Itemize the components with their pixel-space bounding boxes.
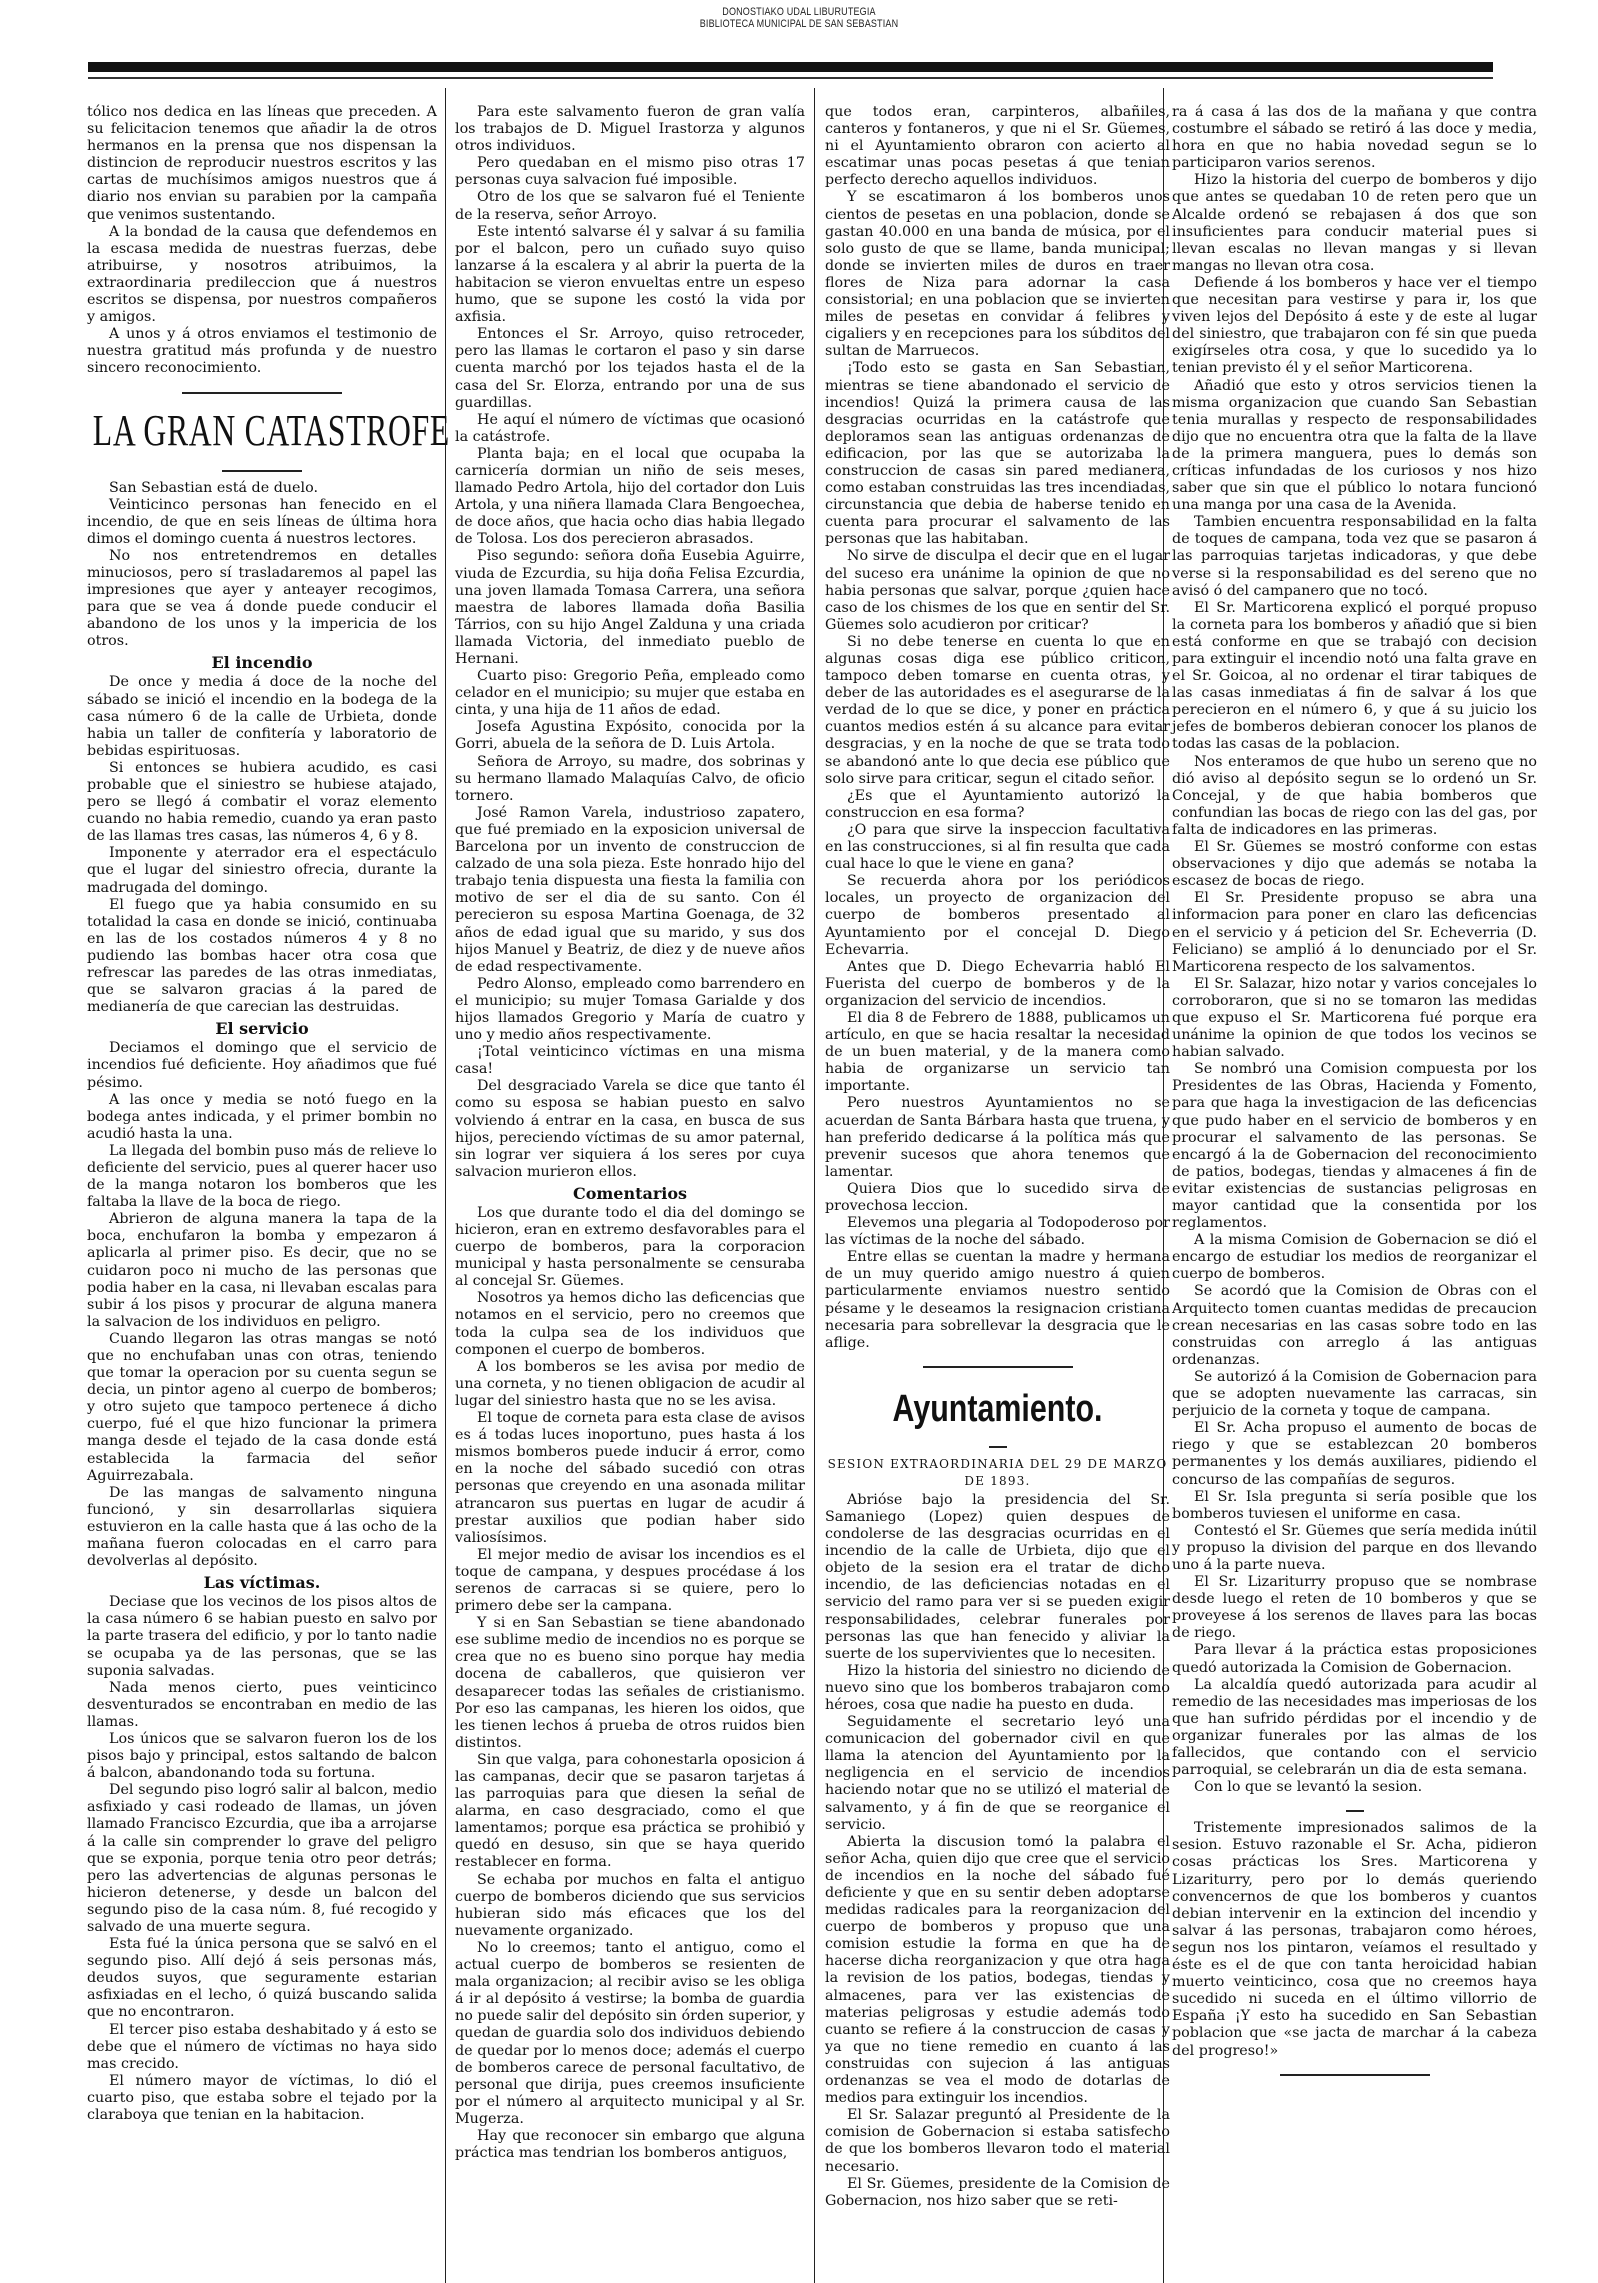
paragraph: De once y media á doce de la noche del s… [87,674,437,759]
paragraph: El Sr. Salazar preguntó al Presidente de… [825,2107,1170,2175]
ornamental-rule [923,1366,1073,1368]
paragraph: El Sr. Presidente propuso se abra una in… [1172,890,1537,975]
paragraph: Cuarto piso: Gregorio Peña, empleado com… [455,668,805,719]
paragraph: Para llevar á la práctica estas proposic… [1172,1642,1537,1676]
paragraph: No lo creemos; tanto el antiguo, como el… [455,1940,805,2128]
paragraph: Nos enteramos de que hubo un sereno que … [1172,754,1537,839]
paragraph: que todos eran, carpinteros, albañiles, … [825,104,1170,189]
paragraph: Veinticinco personas han fenecido en el … [87,497,437,548]
paragraph: El Sr. Salazar, hizo notar y varios conc… [1172,976,1537,1061]
paragraph: Pedro Alonso, empleado como barrendero e… [455,976,805,1044]
paragraph: Si entonces se hubiera acudido, es casi … [87,760,437,845]
paragraph: Se echaba por muchos en falta el antiguo… [455,1872,805,1940]
subheading-el-incendio: El incendio [87,652,437,673]
paragraph: La alcaldía quedó autorizada para acudir… [1172,1677,1537,1780]
paragraph: Se nombró una Comision compuesta por los… [1172,1061,1537,1232]
paragraph: Para este salvamento fueron de gran valí… [455,104,805,155]
paragraph: Este intentó salvarse él y salvar á su f… [455,224,805,327]
paragraph: Si no debe tenerse en cuenta lo que en a… [825,634,1170,788]
paragraph: ¡Todo esto se gasta en San Sebastian, mi… [825,360,1170,548]
paragraph: A los bomberos se les avisa por medio de… [455,1359,805,1410]
paragraph: El número mayor de víctimas, lo dió el c… [87,2073,437,2124]
paragraph: Añadió que esto y otros servicios tienen… [1172,378,1537,515]
paragraph: San Sebastian está de duelo. [87,480,437,497]
paragraph: El toque de corneta para esta clase de a… [455,1410,805,1547]
paragraph: El Sr. Güemes, presidente de la Comision… [825,2176,1170,2210]
paragraph: José Ramon Varela, industrioso zapatero,… [455,805,805,976]
archive-header: DONOSTIAKO UDAL LIBURUTEGIA BIBLIOTECA M… [144,6,1454,30]
paragraph: El tercer piso estaba deshabitado y á es… [87,2022,437,2073]
paragraph: Del desgraciado Varela se dice que tanto… [455,1078,805,1181]
session-date-line1: SESION EXTRAORDINARIA DEL 29 DE MARZO [825,1456,1170,1473]
paragraph: No nos entretendremos en detalles minuci… [87,548,437,651]
paragraph: Elevemos una plegaria al Todopoderoso po… [825,1215,1170,1249]
paragraph: Pero nuestros Ayuntamientos no se acuerd… [825,1095,1170,1180]
paragraph: Entre ellas se cuentan la madre y herman… [825,1249,1170,1352]
paragraph: Seguidamente el secretario leyó una comu… [825,1714,1170,1834]
paragraph: Entonces el Sr. Arroyo, quiso retroceder… [455,326,805,411]
paragraph: Antes que D. Diego Echevarria habló El F… [825,959,1170,1010]
paragraph: Deciamos el domingo que el servicio de i… [87,1040,437,1091]
paragraph: Piso segundo: señora doña Eusebia Aguirr… [455,548,805,668]
paragraph: Cuando llegaron las otras mangas se notó… [87,1331,437,1485]
paragraph: A la misma Comision de Gobernacion se di… [1172,1232,1537,1283]
subheading-comentarios: Comentarios [455,1183,805,1204]
paragraph: Se acordó que la Comision de Obras con e… [1172,1283,1537,1368]
subheading-las-victimas: Las víctimas. [87,1572,437,1593]
session-heading: SESION EXTRAORDINARIA DEL 29 DE MARZO DE… [825,1456,1170,1490]
paragraph: Defiende á los bomberos y hace ver el ti… [1172,275,1537,378]
paragraph: A las once y media se notó fuego en la b… [87,1092,437,1143]
paragraph: Tambien encuentra responsabilidad en la … [1172,514,1537,599]
archive-name-spanish: BIBLIOTECA MUNICIPAL DE SAN SEBASTIAN [144,18,1454,30]
paragraph: Se autorizó á la Comision de Gobernacion… [1172,1369,1537,1420]
ornamental-rule [1280,2074,1430,2076]
paragraph: La llegada del bombin puso más de reliev… [87,1143,437,1211]
paragraph: Y se escatimaron á los bomberos unos cie… [825,189,1170,360]
paragraph: Imponente y aterrador era el espectáculo… [87,845,437,896]
column-4: ra á casa á las dos de la mañana y que c… [1172,104,1537,2084]
paragraph: Josefa Agustina Expósito, conocida por l… [455,719,805,753]
paragraph: El mejor medio de avisar los incendios e… [455,1547,805,1615]
headline-la-gran-catastrofe: LA GRAN CATASTROFE [93,406,431,456]
paragraph: ¿O para que sirve la inspeccion facultat… [825,822,1170,873]
paragraph: Sin que valga, para cohonestarla oposici… [455,1752,805,1872]
paragraph: Quiera Dios que lo sucedido sirva de pro… [825,1181,1170,1215]
paragraph: El Sr. Marticorena explicó el porqué pro… [1172,600,1537,754]
paragraph: Nada menos cierto, pues veinticinco desv… [87,1680,437,1731]
paragraph: Deciase que los vecinos de los pisos alt… [87,1594,437,1679]
column-1: tólico nos dedica en las líneas que prec… [87,104,437,2124]
ornamental-rule [182,392,342,394]
paragraph: No sirve de disculpa el decir que en el … [825,548,1170,633]
paragraph: A unos y á otros enviamos el testimonio … [87,326,437,377]
paragraph: Hizo la historia del siniestro no dicien… [825,1663,1170,1714]
paragraph: ¡Total veinticinco víctimas en una misma… [455,1044,805,1078]
paragraph: Con lo que se levantó la sesion. [1172,1779,1537,1796]
paragraph: ra á casa á las dos de la mañana y que c… [1172,104,1537,172]
column-3: que todos eran, carpinteros, albañiles, … [825,104,1170,2210]
column-divider [814,88,815,2283]
paragraph: El fuego que ya habia consumido en su to… [87,897,437,1017]
column-2: Para este salvamento fueron de gran valí… [455,104,805,2162]
paragraph: El Sr. Acha propuso el aumento de bocas … [1172,1420,1537,1488]
paragraph: Pero quedaban en el mismo piso otras 17 … [455,155,805,189]
paragraph: El Sr. Lizariturry propuso que se nombra… [1172,1574,1537,1642]
paragraph: Del segundo piso logró salir al balcon, … [87,1782,437,1936]
paragraph: Otro de los que se salvaron fué el Tenie… [455,189,805,223]
paragraph: Planta baja; en el local que ocupaba la … [455,446,805,549]
paragraph: Se recuerda ahora por los periódicos loc… [825,873,1170,958]
paragraph: Señora de Arroyo, su madre, dos sobrinas… [455,754,805,805]
ornamental-dash [1346,1810,1364,1812]
masthead-thin-rule [88,77,1493,79]
paragraph: ¿Es que el Ayuntamiento autorizó la cons… [825,788,1170,822]
masthead-rule [88,62,1493,72]
paragraph: El Sr. Isla pregunta si sería posible qu… [1172,1489,1537,1523]
paragraph: El Sr. Güemes se mostró conforme con est… [1172,839,1537,890]
paragraph: Abrióse bajo la presidencia del Sr. Sama… [825,1492,1170,1663]
paragraph: Nosotros ya hemos dicho las deficencias … [455,1290,805,1358]
paragraph: Los únicos que se salvaron fueron los de… [87,1731,437,1782]
archive-name-basque: DONOSTIAKO UDAL LIBURUTEGIA [144,6,1454,18]
headline-ayuntamiento: Ayuntamiento. [860,1386,1136,1432]
paragraph: Los que durante todo el dia del domingo … [455,1205,805,1290]
ornamental-rule [222,470,302,472]
paragraph: Contestó el Sr. Güemes que sería medida … [1172,1523,1537,1574]
paragraph: Hizo la historia del cuerpo de bomberos … [1172,172,1537,275]
session-date-line2: DE 1893. [825,1473,1170,1490]
paragraph: Abrieron de alguna manera la tapa de la … [87,1211,437,1331]
paragraph: De las mangas de salvamento ninguna func… [87,1485,437,1570]
paragraph: Y si en San Sebastian se tiene abandonad… [455,1615,805,1752]
paragraph: Abierta la discusion tomó la palabra el … [825,1834,1170,2108]
paragraph: El dia 8 de Febrero de 1888, publicamos … [825,1010,1170,1095]
paragraph: Hay que reconocer sin embargo que alguna… [455,2128,805,2162]
paragraph: Esta fué la única persona que se salvó e… [87,1936,437,2021]
paragraph: Tristemente impresionados salimos de la … [1172,1820,1537,2059]
subheading-el-servicio: El servicio [87,1018,437,1039]
paragraph: tólico nos dedica en las líneas que prec… [87,104,437,224]
paragraph: He aquí el número de víctimas que ocasio… [455,412,805,446]
ornamental-dash [989,1446,1007,1448]
paragraph: A la bondad de la causa que defendemos e… [87,224,437,327]
